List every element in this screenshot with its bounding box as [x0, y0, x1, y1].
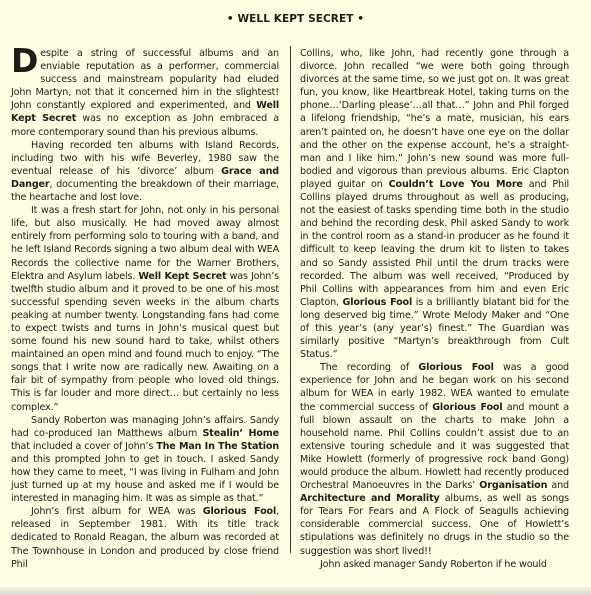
paragraph: John’s first album for WEA was Glorious …	[11, 505, 279, 570]
body-text: , documenting the breakdown of their mar…	[11, 179, 279, 203]
left-column: Despite a string of successful albums an…	[11, 47, 279, 571]
album-title: Organisation	[479, 480, 547, 491]
body-text: and Phil Collins played drums throughout…	[300, 179, 569, 308]
paragraph: It was a fresh start for John, not only …	[11, 204, 279, 414]
body-text: and	[547, 480, 569, 491]
paragraph: John asked manager Sandy Roberton if he …	[300, 558, 569, 571]
drop-cap: D	[11, 48, 38, 74]
album-title: Well Kept Secret	[138, 271, 226, 282]
album-title: Glorious Fool	[432, 402, 502, 413]
page-title: • WELL KEPT SECRET •	[0, 13, 591, 25]
album-title: Glorious Fool	[418, 362, 493, 373]
album-title: Couldn’t Love You More	[389, 179, 523, 190]
album-title: Glorious Fool	[203, 506, 276, 517]
album-title: Stealin’ Home	[203, 428, 279, 439]
body-text: Collins, who, like John, had recently go…	[300, 48, 569, 190]
body-text: John asked manager Sandy Roberton if he …	[320, 559, 547, 570]
paragraph: Despite a string of successful albums an…	[11, 47, 279, 139]
page-bottom-edge	[0, 587, 591, 595]
paragraph: Collins, who, like John, had recently go…	[300, 47, 569, 361]
paragraph: Sandy Roberton was managing John’s affai…	[11, 414, 279, 506]
paragraph: The recording of Glorious Fool was a goo…	[300, 361, 569, 557]
body-text: and mount a full blown assault on the ch…	[300, 402, 569, 492]
body-text: John’s first album for WEA was	[31, 506, 203, 517]
body-text: The recording of	[320, 362, 418, 373]
column-divider	[290, 46, 291, 553]
body-text: was John’s twelfth studio album and it p…	[11, 271, 279, 413]
album-title: Glorious Fool	[343, 297, 413, 308]
right-column: Collins, who, like John, had recently go…	[300, 47, 569, 571]
album-title: The Man In The Station	[156, 441, 279, 452]
body-text: espite a string of successful albums and…	[11, 48, 279, 111]
album-title: Architecture and Morality	[300, 493, 440, 504]
body-text: and this prompted John to get in touch. …	[11, 454, 279, 504]
paragraph: Having recorded ten albums with Island R…	[11, 139, 279, 204]
body-text: that included a cover of John’s	[11, 441, 156, 452]
